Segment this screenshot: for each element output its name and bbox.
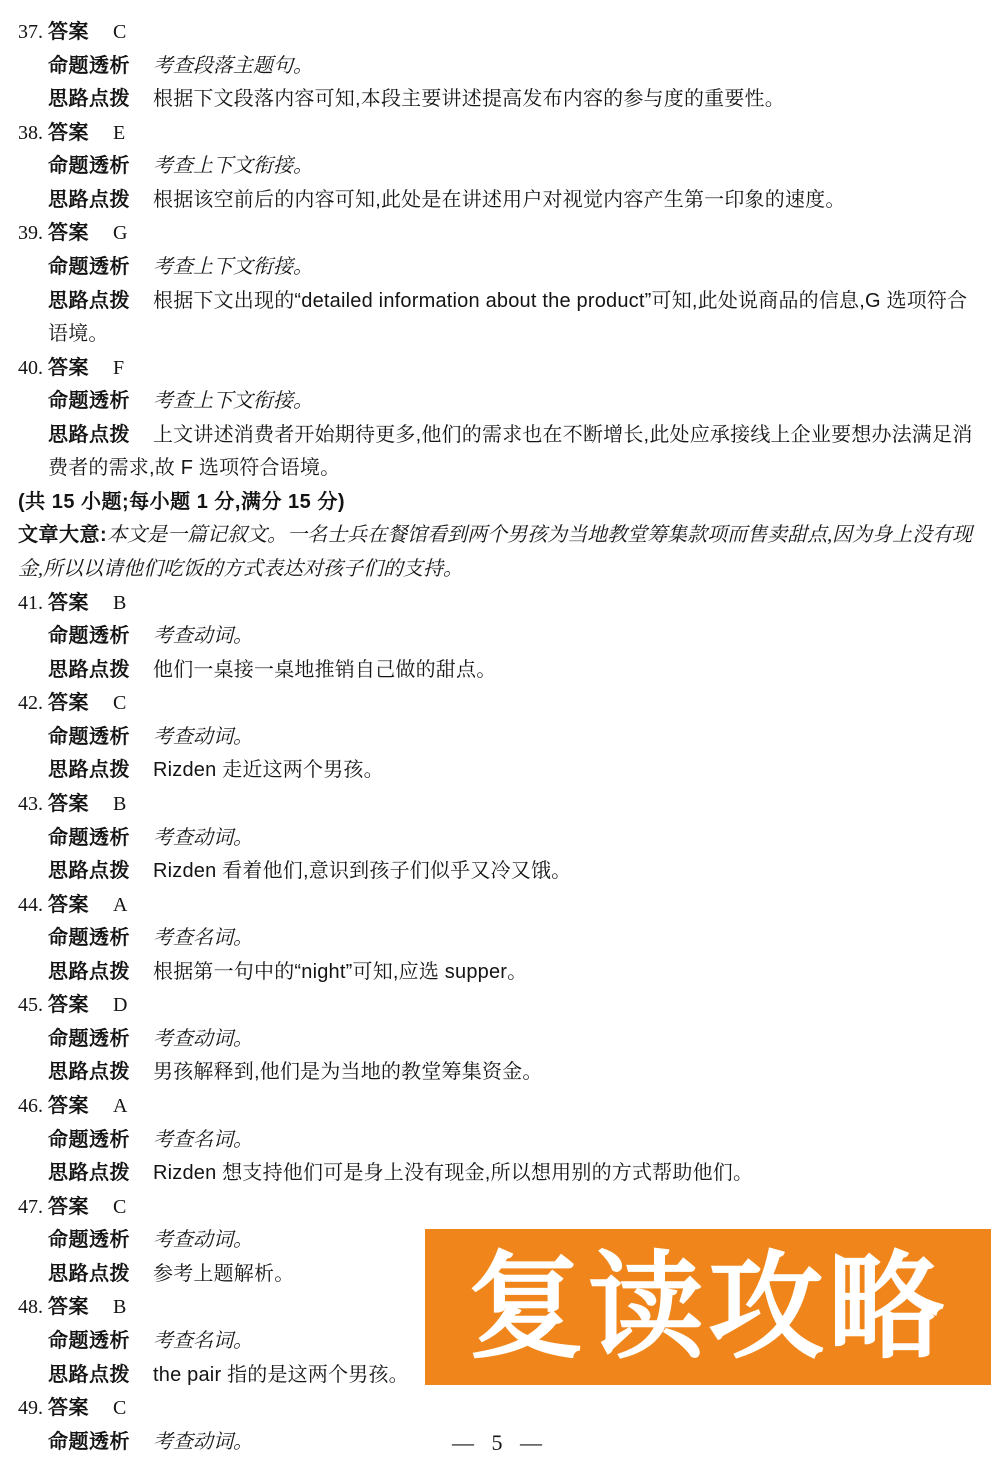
answer-letter: B	[113, 793, 126, 815]
hint-label: 思路点拨	[48, 860, 130, 882]
answer-row: 38.答案E	[18, 117, 1000, 151]
hint-row: 思路点拨根据下文出现的“detailed information about t…	[48, 285, 1000, 352]
analysis-text: 考查动词。	[153, 625, 253, 647]
fudu-gonglue-banner: 复读攻略	[425, 1229, 991, 1385]
summary-text: 本文是一篇记叙文。一名士兵在餐馆看到两个男孩为当地教堂筹集款项而售卖甜点,因为身…	[18, 524, 972, 580]
analysis-row: 命题透析考查动词。	[48, 822, 1000, 856]
answer-letter: A	[113, 894, 127, 916]
answer-label: 答案	[48, 1196, 89, 1218]
item-number: 45.	[18, 989, 48, 1023]
hint-label: 思路点拨	[48, 759, 130, 781]
answer-row: 44.答案A	[18, 889, 1000, 923]
analysis-text: 考查上下文衔接。	[153, 155, 313, 177]
analysis-text: 考查名词。	[153, 1330, 253, 1352]
answer-letter: B	[113, 592, 126, 614]
item-number: 42.	[18, 687, 48, 721]
hint-row: 思路点拨Rizden 看着他们,意识到孩子们似乎又冷又饿。	[48, 855, 1000, 889]
hint-label: 思路点拨	[48, 189, 130, 211]
analysis-text: 考查动词。	[153, 1229, 253, 1251]
analysis-row: 命题透析考查段落主题句。	[48, 50, 1000, 84]
item-number: 47.	[18, 1191, 48, 1225]
analysis-row: 命题透析考查上下文衔接。	[48, 385, 1000, 419]
answer-letter: B	[113, 1296, 126, 1318]
answer-row: 39.答案G	[18, 217, 1000, 251]
analysis-label: 命题透析	[48, 927, 130, 949]
hint-text: 参考上题解析。	[153, 1263, 294, 1285]
answer-label: 答案	[48, 692, 89, 714]
answer-label: 答案	[48, 222, 89, 244]
answer-row: 43.答案B	[18, 788, 1000, 822]
analysis-text: 考查上下文衔接。	[153, 390, 313, 412]
analysis-text: 考查动词。	[153, 726, 253, 748]
hint-text: Rizden 想支持他们可是身上没有现金,所以想用别的方式帮助他们。	[153, 1162, 753, 1184]
answer-letter: A	[113, 1095, 127, 1117]
hint-text: 根据下文段落内容可知,本段主要讲述提高发布内容的参与度的重要性。	[153, 88, 785, 110]
answer-letter: C	[113, 1397, 126, 1419]
answer-letter: C	[113, 21, 126, 43]
analysis-label: 命题透析	[48, 155, 130, 177]
answer-letter: C	[113, 1196, 126, 1218]
hint-label: 思路点拨	[48, 1061, 130, 1083]
answer-letter: C	[113, 692, 126, 714]
answer-label: 答案	[48, 1095, 89, 1117]
item-number: 48.	[18, 1291, 48, 1325]
hint-label: 思路点拨	[48, 88, 130, 110]
hint-text: 根据该空前后的内容可知,此处是在讲述用户对视觉内容产生第一印象的速度。	[153, 189, 846, 211]
hint-label: 思路点拨	[48, 290, 130, 312]
analysis-row: 命题透析考查名词。	[48, 922, 1000, 956]
banner-text: 复读攻略	[468, 1249, 948, 1365]
answer-label: 答案	[48, 592, 89, 614]
answer-row: 41.答案B	[18, 587, 1000, 621]
analysis-label: 命题透析	[48, 827, 130, 849]
analysis-label: 命题透析	[48, 55, 130, 77]
analysis-label: 命题透析	[48, 390, 130, 412]
analysis-text: 考查名词。	[153, 1129, 253, 1151]
analysis-label: 命题透析	[48, 1330, 130, 1352]
hint-label: 思路点拨	[48, 1364, 130, 1386]
summary-label: 文章大意:	[18, 524, 107, 546]
hint-label: 思路点拨	[48, 659, 130, 681]
answer-letter: G	[113, 222, 127, 244]
analysis-row: 命题透析考查动词。	[48, 721, 1000, 755]
hint-label: 思路点拨	[48, 961, 130, 983]
item-number: 44.	[18, 889, 48, 923]
answer-label: 答案	[48, 994, 89, 1016]
answer-letter: E	[113, 122, 125, 144]
item-number: 46.	[18, 1090, 48, 1124]
analysis-row: 命题透析考查动词。	[48, 1023, 1000, 1057]
item-number: 41.	[18, 587, 48, 621]
answer-row: 46.答案A	[18, 1090, 1000, 1124]
item-number: 40.	[18, 352, 48, 386]
item-number: 43.	[18, 788, 48, 822]
analysis-label: 命题透析	[48, 726, 130, 748]
answer-label: 答案	[48, 357, 89, 379]
item-number: 39.	[18, 217, 48, 251]
answer-label: 答案	[48, 21, 89, 43]
analysis-text: 考查动词。	[153, 1028, 253, 1050]
item-number: 38.	[18, 117, 48, 151]
answer-row: 45.答案D	[18, 989, 1000, 1023]
answer-row: 40.答案F	[18, 352, 1000, 386]
hint-label: 思路点拨	[48, 1263, 130, 1285]
hint-text: Rizden 看着他们,意识到孩子们似乎又冷又饿。	[153, 860, 571, 882]
analysis-text: 考查动词。	[153, 827, 253, 849]
analysis-text: 考查上下文衔接。	[153, 256, 313, 278]
hint-row: 思路点拨Rizden 想支持他们可是身上没有现金,所以想用别的方式帮助他们。	[48, 1157, 1000, 1191]
answer-letter: D	[113, 994, 127, 1016]
page-number: — 5 —	[452, 1430, 548, 1455]
hint-text: 他们一桌接一桌地推销自己做的甜点。	[153, 659, 496, 681]
answer-letter: F	[113, 357, 124, 379]
hint-row: 思路点拨根据下文段落内容可知,本段主要讲述提高发布内容的参与度的重要性。	[48, 83, 1000, 117]
hint-text: 上文讲述消费者开始期待更多,他们的需求也在不断增长,此处应承接线上企业要想办法满…	[48, 424, 973, 480]
answer-row: 42.答案C	[18, 687, 1000, 721]
answer-label: 答案	[48, 1397, 89, 1419]
hint-row: 思路点拨上文讲述消费者开始期待更多,他们的需求也在不断增长,此处应承接线上企业要…	[48, 419, 1000, 486]
analysis-label: 命题透析	[48, 1028, 130, 1050]
analysis-text: 考查段落主题句。	[153, 55, 313, 77]
analysis-label: 命题透析	[48, 256, 130, 278]
hint-row: 思路点拨男孩解释到,他们是为当地的教堂筹集资金。	[48, 1056, 1000, 1090]
hint-text: 根据第一句中的“night”可知,应选 supper。	[153, 961, 527, 983]
answer-label: 答案	[48, 894, 89, 916]
analysis-row: 命题透析考查名词。	[48, 1124, 1000, 1158]
page-footer: — 5 —	[0, 1430, 1000, 1456]
hint-row: 思路点拨Rizden 走近这两个男孩。	[48, 754, 1000, 788]
analysis-row: 命题透析考查动词。	[48, 620, 1000, 654]
hint-label: 思路点拨	[48, 1162, 130, 1184]
answer-label: 答案	[48, 122, 89, 144]
analysis-row: 命题透析考查上下文衔接。	[48, 251, 1000, 285]
analysis-label: 命题透析	[48, 625, 130, 647]
hint-row: 思路点拨根据该空前后的内容可知,此处是在讲述用户对视觉内容产生第一印象的速度。	[48, 184, 1000, 218]
passage-summary: 文章大意:本文是一篇记叙文。一名士兵在餐馆看到两个男孩为当地教堂筹集款项而售卖甜…	[18, 519, 1000, 586]
answer-label: 答案	[48, 1296, 89, 1318]
hint-text: 男孩解释到,他们是为当地的教堂筹集资金。	[153, 1061, 543, 1083]
analysis-row: 命题透析考查上下文衔接。	[48, 150, 1000, 184]
answer-key-page: 37.答案C命题透析考查段落主题句。思路点拨根据下文段落内容可知,本段主要讲述提…	[0, 0, 1000, 1480]
hint-text: 根据下文出现的“detailed information about the p…	[48, 290, 967, 346]
answer-row: 37.答案C	[18, 16, 1000, 50]
item-number: 49.	[18, 1392, 48, 1426]
hint-text: Rizden 走近这两个男孩。	[153, 759, 384, 781]
analysis-label: 命题透析	[48, 1129, 130, 1151]
answer-label: 答案	[48, 793, 89, 815]
analysis-text: 考查名词。	[153, 927, 253, 949]
answer-row: 47.答案C	[18, 1191, 1000, 1225]
analysis-label: 命题透析	[48, 1229, 130, 1251]
answer-row: 49.答案C	[18, 1392, 1000, 1426]
hint-row: 思路点拨根据第一句中的“night”可知,应选 supper。	[48, 956, 1000, 990]
hint-text: the pair 指的是这两个男孩。	[153, 1364, 409, 1386]
hint-label: 思路点拨	[48, 424, 130, 446]
hint-row: 思路点拨他们一桌接一桌地推销自己做的甜点。	[48, 654, 1000, 688]
item-number: 37.	[18, 16, 48, 50]
section-header: (共 15 小题;每小题 1 分,满分 15 分)	[18, 486, 1000, 520]
